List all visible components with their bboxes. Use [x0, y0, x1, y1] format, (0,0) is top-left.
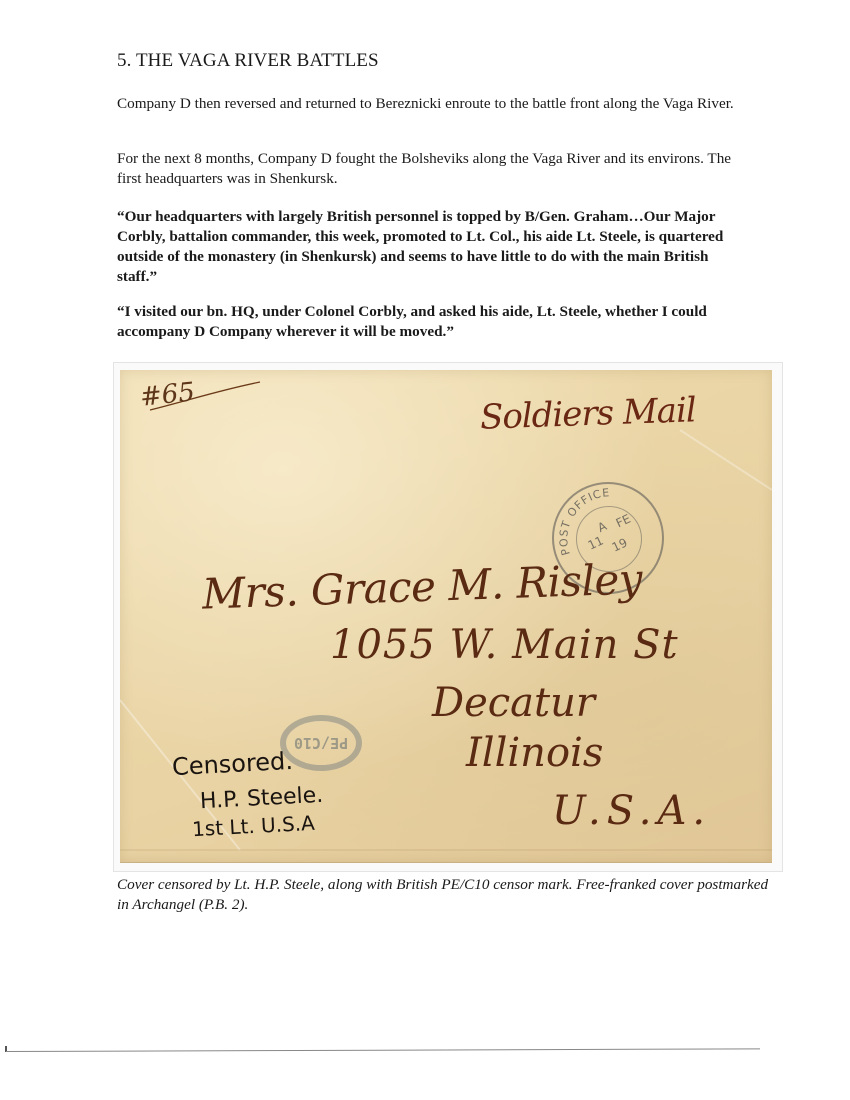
section-heading: 5. THE VAGA RIVER BATTLES: [117, 50, 379, 72]
censored-signature-line2: H.P. Steele.: [199, 783, 323, 814]
intro-paragraph: Company D then reversed and returned to …: [117, 94, 747, 114]
recipient-street: 1055 W. Main St: [330, 622, 679, 668]
quote-headquarters: “Our headquarters with largely British p…: [117, 207, 742, 287]
inventory-number: #65: [139, 377, 197, 413]
recipient-city: Decatur: [432, 680, 595, 726]
soldiers-mail-endorsement: Soldiers Mail: [479, 390, 696, 438]
figure-caption: Cover censored by Lt. H.P. Steele, along…: [117, 875, 777, 914]
recipient-name: Mrs. Grace M. Risley: [201, 554, 643, 618]
envelope-cover-image: #65 Soldiers Mail POST OFFICE A 11 FE 19…: [120, 370, 772, 862]
censored-signature-line1: Censored.: [171, 747, 293, 781]
page-bottom-rule: [6, 1048, 760, 1052]
recipient-country: U.S.A.: [552, 788, 711, 834]
censored-signature-line3: 1st Lt. U.S.A: [191, 811, 315, 841]
context-paragraph: For the next 8 months, Company D fought …: [117, 149, 747, 188]
recipient-state: Illinois: [466, 730, 603, 776]
quote-visit: “I visited our bn. HQ, under Colonel Cor…: [117, 302, 747, 342]
